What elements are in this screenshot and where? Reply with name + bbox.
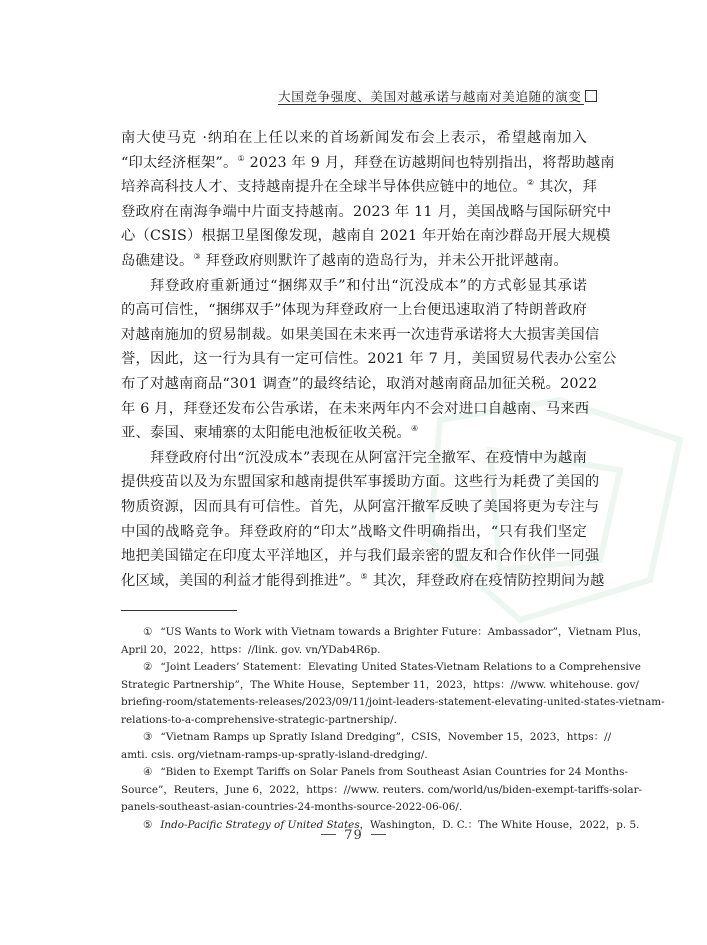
article-body: 南大使马克 ·纳珀在上任以来的首场新闻发布会上表示，希望越南加入 “印太经济框架… <box>121 126 587 593</box>
body-line: 物质资源，因而具有可信性。首先，从阿富汗撤军反映了美国将更为专注与 <box>121 495 587 520</box>
body-line: 岛礁建设。③ 拜登政府则默许了越南的造岛行为，并未公开批评越南。 <box>121 249 587 274</box>
page-number: 79 <box>0 828 707 843</box>
body-line: 化区域，美国的利益才能得到推进”。⑤ 其次，拜登政府在疫情防控期间为越 <box>121 569 587 594</box>
body-line: 誉，因此，这一行为具有一定可信性。2021 年 7 月，美国贸易代表办公室公 <box>121 347 587 372</box>
body-line: 亚、泰国、柬埔寨的太阳能电池板征收关税。④ <box>121 421 587 446</box>
body-line: 年 6 月，拜登还发布公告承诺，在未来两年内不会对进口自越南、马来西 <box>121 397 587 422</box>
footnote-number: ② <box>143 661 152 673</box>
running-header: 大国竞争强度、美国对越承诺与越南对美追随的演变 <box>278 86 584 105</box>
body-line: 南大使马克 ·纳珀在上任以来的首场新闻发布会上表示，希望越南加入 <box>121 126 587 151</box>
body-line: 对越南施加的贸易制裁。如果美国在未来再一次违背承诺将大大损害美国信 <box>121 323 587 348</box>
body-line: 拜登政府重新通过“捆绑双手”和付出“沉没成本”的方式彰显其承诺 <box>121 274 587 299</box>
footnote-4: ④“Biden to Exempt Tariffs on Solar Panel… <box>121 764 587 817</box>
footnote-ref-3[interactable]: ③ <box>193 252 200 261</box>
footnote-3: ③“Vietnam Ramps up Spratly Island Dredgi… <box>121 729 587 764</box>
footnote-link[interactable]: relations-to-a-comprehensive-strategic-p… <box>121 714 397 726</box>
footnote-link[interactable]: April 20，2022，https：//link. gov. vn/YDab… <box>121 644 380 656</box>
dash-right <box>371 834 386 835</box>
footnotes: ①“US Wants to Work with Vietnam towards … <box>121 624 587 834</box>
footnote-ref-1[interactable]: ① <box>238 154 245 163</box>
body-line: 的高可信性，“捆绑双手”体现为拜登政府一上台便迅速取消了特朗普政府 <box>121 298 587 323</box>
body-line: 布了对越南商品“301 调查”的最终结论，取消对越南商品加征关税。2022 <box>121 372 587 397</box>
body-line: 培养高科技人才、支持越南提升在全球半导体供应链中的地位。② 其次，拜 <box>121 175 587 200</box>
footnote-ref-4[interactable]: ④ <box>411 424 418 433</box>
running-title: 大国竞争强度、美国对越承诺与越南对美追随的演变 <box>278 89 581 104</box>
body-line: 中国的战略竞争。拜登政府的“印太”战略文件明确指出，“只有我们坚定 <box>121 520 587 545</box>
footnote-link[interactable]: panels-southeast-asian-countries-24-mont… <box>121 801 462 813</box>
footnote-ref-5[interactable]: ⑤ <box>360 572 367 581</box>
body-line: 心（CSIS）根据卫星图像发现，越南自 2021 年开始在南沙群岛开展大规模 <box>121 224 587 249</box>
body-line: 拜登政府付出“沉没成本”表现在从阿富汗完全撤军、在疫情中为越南 <box>121 446 587 471</box>
footnote-separator <box>121 610 237 611</box>
footnote-number: ④ <box>143 766 152 778</box>
body-line: 提供疫苗以及为东盟国家和越南提供军事援助方面。这些行为耗费了美国的 <box>121 470 587 495</box>
footnote-number: ① <box>143 626 152 638</box>
footnote-link[interactable]: amti. csis. org/vietnam-ramps-up-spratly… <box>121 749 428 761</box>
footnote-2: ②“Joint Leaders’ Statement：Elevating Uni… <box>121 659 587 729</box>
footnote-number: ③ <box>143 731 152 743</box>
body-line: “印太经济框架”。① 2023 年 9 月，拜登在访越期间也特别指出，将帮助越南 <box>121 151 587 176</box>
body-line: 地把美国锚定在印度太平洋地区，并与我们最亲密的盟友和合作伙伴一同强 <box>121 544 587 569</box>
dash-left <box>321 834 336 835</box>
header-box-icon <box>585 90 597 102</box>
footnote-link[interactable]: briefing-room/statements-releases/2023/0… <box>121 696 665 708</box>
body-line: 登政府在南海争端中片面支持越南。2023 年 11 月，美国战略与国际研究中 <box>121 200 587 225</box>
footnote-1: ①“US Wants to Work with Vietnam towards … <box>121 624 587 659</box>
